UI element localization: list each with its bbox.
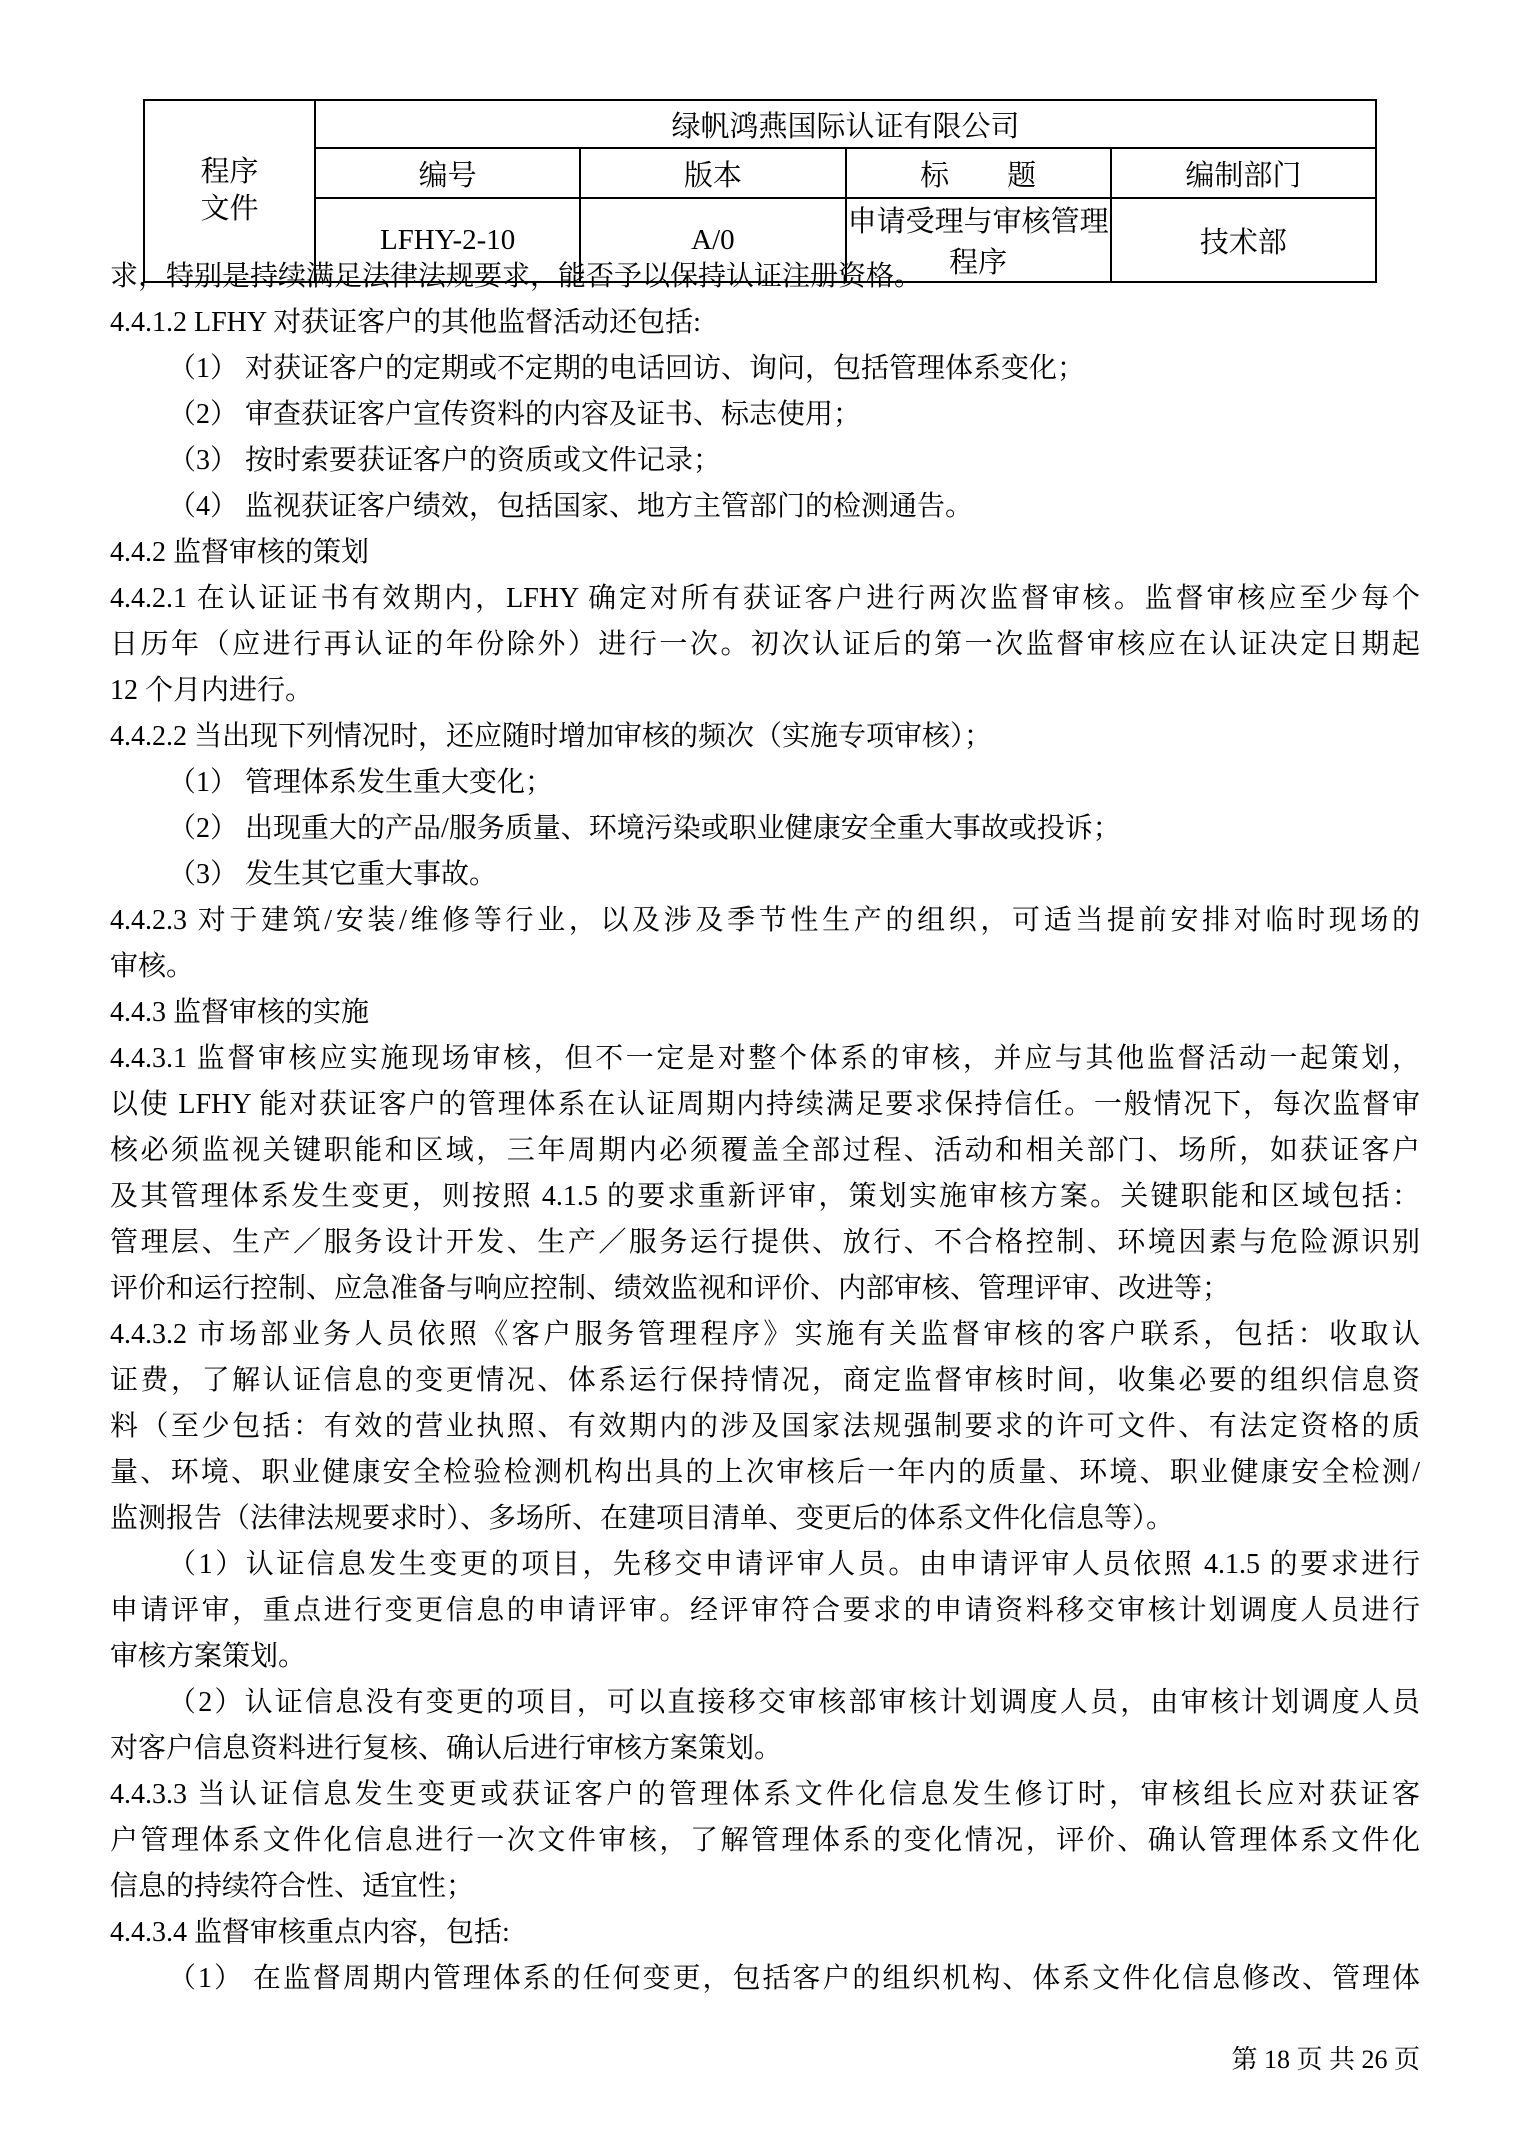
doc-type-line2: 文件 [145,191,314,228]
body-line: （1） 对获证客户的定期或不定期的电话回访、询问，包括管理体系变化； [110,346,1420,392]
body-line: （2） 出现重大的产品/服务质量、环境污染或职业健康安全重大事故或投诉； [110,806,1420,852]
body-line: 审核。 [110,944,1420,990]
body-line: （2）认证信息没有变更的项目，可以直接移交审核部审核计划调度人员，由审核计划调度… [110,1680,1420,1726]
body-line: 量、环境、职业健康安全检验检测机构出具的上次审核后一年内的质量、环境、职业健康安… [110,1450,1420,1496]
body-line: 以使 LFHY 能对获证客户的管理体系在认证周期内持续满足要求保持信任。一般情况… [110,1082,1420,1128]
body-line: 监测报告（法律法规要求时）、多场所、在建项目清单、变更后的体系文件化信息等）。 [110,1496,1420,1542]
body-line: （2） 审查获证客户宣传资料的内容及证书、标志使用； [110,392,1420,438]
body-line: 4.4.2.3 对于建筑/安装/维修等行业，以及涉及季节性生产的组织，可适当提前… [110,898,1420,944]
body-line: （1） 管理体系发生重大变化； [110,760,1420,806]
body-line: 日历年（应进行再认证的年份除外）进行一次。初次认证后的第一次监督审核应在认证决定… [110,622,1420,668]
body-line: 对客户信息资料进行复核、确认后进行审核方案策划。 [110,1726,1420,1772]
body-line: 4.4.3 监督审核的实施 [110,990,1420,1036]
version-label-cell: 版本 [580,148,845,198]
page-number: 第 18 页 共 26 页 [1231,2040,1420,2080]
body-line: 4.4.2.2 当出现下列情况时，还应随时增加审核的频次（实施专项审核）； [110,714,1420,760]
body-line: 户管理体系文件化信息进行一次文件审核，了解管理体系的变化情况，评价、确认管理体系… [110,1818,1420,1864]
body-line: 4.4.3.2 市场部业务人员依照《客户服务管理程序》实施有关监督审核的客户联系… [110,1312,1420,1358]
body-line: 及其管理体系发生变更，则按照 4.1.5 的要求重新评审，策划实施审核方案。关键… [110,1174,1420,1220]
number-label-cell: 编号 [315,148,580,198]
doc-type-line1: 程序 [145,154,314,191]
body-line: 信息的持续符合性、适宜性； [110,1864,1420,1910]
body-line: 评价和运行控制、应急准备与响应控制、绩效监视和评价、内部审核、管理评审、改进等； [110,1266,1420,1312]
body-line: 求，特别是持续满足法律法规要求，能否予以保持认证注册资格。 [110,254,1420,300]
body-line: 4.4.3.4 监督审核重点内容，包括: [110,1910,1420,1956]
body-line: （3） 发生其它重大事故。 [110,852,1420,898]
title-label-cell: 标 题 [846,148,1111,198]
body-line: 审核方案策划。 [110,1634,1420,1680]
body-line: 4.4.3.1 监督审核应实施现场审核，但不一定是对整个体系的审核，并应与其他监… [110,1036,1420,1082]
body-line: 4.4.2.1 在认证证书有效期内，LFHY 确定对所有获证客户进行两次监督审核… [110,576,1420,622]
body-line: 核必须监视关键职能和区域，三年周期内必须覆盖全部过程、活动和相关部门、场所，如获… [110,1128,1420,1174]
body-line: （3） 按时索要获证客户的资质或文件记录； [110,438,1420,484]
body-line: 料（至少包括：有效的营业执照、有效期内的涉及国家法规强制要求的许可文件、有法定资… [110,1404,1420,1450]
company-name-cell: 绿帆鸿燕国际认证有限公司 [315,100,1376,148]
body-line: （1） 在监督周期内管理体系的任何变更，包括客户的组织机构、体系文件化信息修改、… [110,1956,1420,2002]
body-line: 申请评审，重点进行变更信息的申请评审。经评审符合要求的申请资料移交审核计划调度人… [110,1588,1420,1634]
body-line: 管理层、生产／服务设计开发、生产／服务运行提供、放行、不合格控制、环境因素与危险… [110,1220,1420,1266]
body-line: 4.4.2 监督审核的策划 [110,530,1420,576]
body-line: 证费，了解认证信息的变更情况、体系运行保持情况，商定监督审核时间，收集必要的组织… [110,1358,1420,1404]
dept-label-cell: 编制部门 [1111,148,1376,198]
body-line: （4） 监视获证客户绩效，包括国家、地方主管部门的检测通告。 [110,484,1420,530]
body-line: （1）认证信息发生变更的项目，先移交申请评审人员。由申请评审人员依照 4.1.5… [110,1542,1420,1588]
body-line: 4.4.1.2 LFHY 对获证客户的其他监督活动还包括: [110,300,1420,346]
body-line: 4.4.3.3 当认证信息发生变更或获证客户的管理体系文件化信息发生修订时，审核… [110,1772,1420,1818]
body-line: 12 个月内进行。 [110,668,1420,714]
document-body: 求，特别是持续满足法律法规要求，能否予以保持认证注册资格。4.4.1.2 LFH… [110,254,1420,2002]
document-page: 程序 文件 绿帆鸿燕国际认证有限公司 编号 版本 标 题 编制部门 LFHY-2… [0,0,1514,2140]
